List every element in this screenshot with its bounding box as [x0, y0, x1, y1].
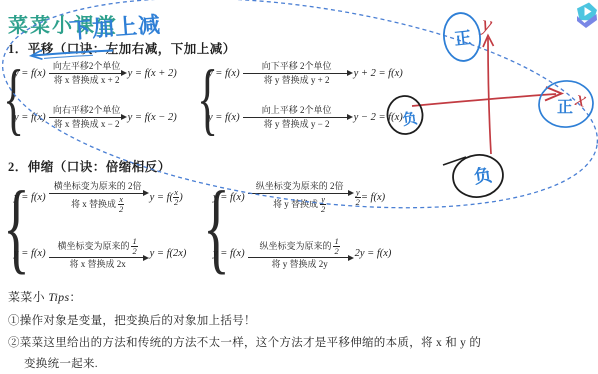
arrow-shaft [243, 73, 351, 74]
section2-heading: 2．伸缩（口诀：倍缩相反） [8, 157, 171, 175]
arrow-bottom-label: 将 x 替换成 x + 2 [54, 75, 120, 86]
arrow-top-label: 纵坐标变为原来的 2倍 [256, 181, 344, 192]
fraction-denominator: 2 [131, 246, 137, 256]
lhs-expression: y = f(x) [14, 68, 46, 79]
fraction-numerator: x [118, 195, 124, 204]
logo-chevron-shape [577, 14, 597, 28]
red-y-axis [488, 38, 491, 154]
tips-heading-word: Tips [48, 290, 69, 304]
tips-heading-pre: 菜菜小 [8, 290, 48, 304]
logo-card-shape [577, 3, 597, 21]
lhs-expression: y = f(x) [213, 192, 245, 203]
arrow-top-label: 向右平移2个单位 [53, 105, 121, 116]
transform-arrow: 纵坐标变为原来的 1 2 将 y 替换成 2y [248, 237, 352, 270]
fraction-numerator: y [320, 195, 326, 204]
formula-row-s2-left-1: y = f(x) 横坐标变为原来的 2倍 将 x 替换成 x 2 y = f( … [14, 181, 183, 214]
arrow-shaft [49, 73, 125, 74]
rhs-expression: 2y = f(x) [355, 248, 392, 259]
rhs-post: = f(x) [361, 192, 385, 203]
arrow-bottom-label: 将 y 替换成 y − 2 [264, 119, 330, 130]
fraction: 1 2 [333, 237, 339, 256]
axis-y-label: y [478, 10, 494, 37]
fraction: x 2 [118, 195, 124, 214]
label-text: 将 y 替换成 [273, 199, 318, 210]
arrow-shaft [49, 257, 147, 258]
arrow-bottom-label: 将 y 替换成 2y [271, 259, 327, 270]
negative-bottom-label: 负 [473, 164, 494, 187]
lhs-expression: y = f(x) [208, 68, 240, 79]
label-text: 将 x 替换成 [71, 199, 116, 210]
formula-row-s1-left-1: y = f(x) 向左平移2个单位 将 x 替换成 x + 2 y = f(x … [14, 61, 177, 86]
fraction: 1 2 [131, 237, 137, 256]
transform-arrow: 纵坐标变为原来的 2倍 将 y 替换成 y 2 [248, 181, 352, 214]
tips-line-3: 变换统一起来. [24, 355, 98, 371]
formula-row-s2-right-1: y = f(x) 纵坐标变为原来的 2倍 将 y 替换成 y 2 y 2 = f… [213, 181, 385, 214]
red-x-axis [412, 94, 556, 106]
rhs-expression: y 2 = f(x) [355, 188, 386, 207]
positive-top-label: 正 [453, 28, 472, 49]
formula-row-s1-right-2: y = f(x) 向上平移 2个单位 将 y 替换成 y − 2 y − 2 =… [208, 105, 403, 130]
arrow-top-label: 向上平移 2个单位 [262, 105, 332, 116]
label-text: 纵坐标变为原来的 [259, 241, 331, 252]
formula-row-s1-left-2: y = f(x) 向右平移2个单位 将 x 替换成 x − 2 y = f(x … [14, 105, 177, 130]
rhs-expression: y − 2 = f(x) [354, 112, 403, 123]
positive-right-label: 正 [557, 98, 573, 116]
arrow-bottom-label: 将 x 替换成 2x [69, 259, 125, 270]
rhs-expression: y = f(2x) [150, 248, 187, 259]
arrow-shaft [248, 193, 352, 194]
fraction-denominator: 2 [320, 204, 326, 214]
arrow-top-label: 横坐标变为原来的 1 2 [57, 237, 137, 256]
tips-line-1: ①操作对象是变量，把变换后的对象加上括号！ [8, 312, 256, 328]
lecture-slide: { "page": { "title": "菜菜小课堂" }, "hand": … [0, 0, 598, 374]
arrow-top-label: 向左平移2个单位 [53, 61, 121, 72]
formula-row-s2-right-2: y = f(x) 纵坐标变为原来的 1 2 将 y 替换成 2y 2y = f(… [213, 237, 391, 270]
lhs-expression: y = f(x) [14, 248, 46, 259]
transform-arrow: 横坐标变为原来的 1 2 将 x 替换成 2x [49, 237, 147, 270]
lhs-expression: y = f(x) [208, 112, 240, 123]
arrow-bottom-label: 将 x 替换成 x − 2 [54, 119, 120, 130]
rhs-expression: y = f( x 2 ) [150, 188, 183, 207]
arrow-top-label: 横坐标变为原来的 2倍 [54, 181, 142, 192]
rhs-post: ) [179, 192, 183, 203]
negative-bottom-circle-tail [443, 157, 466, 165]
negative-bottom-circle [450, 152, 505, 201]
fraction: y 2 [320, 195, 326, 214]
fraction-numerator: 1 [333, 237, 339, 246]
arrow-bottom-label: 将 x 替换成 x 2 [71, 195, 124, 214]
fraction-numerator: y [355, 188, 361, 197]
lhs-expression: y = f(x) [213, 248, 245, 259]
formula-row-s2-left-2: y = f(x) 横坐标变为原来的 1 2 将 x 替换成 2x y = f(2… [14, 237, 186, 270]
formula-row-s1-right-1: y = f(x) 向下平移 2个单位 将 y 替换成 y + 2 y + 2 =… [208, 61, 403, 86]
transform-arrow: 向左平移2个单位 将 x 替换成 x + 2 [49, 61, 125, 86]
red-y-axis-arrowhead-icon [483, 36, 494, 48]
arrow-top-label: 向下平移 2个单位 [262, 61, 332, 72]
arrow-shaft [243, 117, 351, 118]
lhs-expression: y = f(x) [14, 112, 46, 123]
transform-arrow: 向上平移 2个单位 将 y 替换成 y − 2 [243, 105, 351, 130]
arrow-bottom-label: 将 y 替换成 y + 2 [264, 75, 330, 86]
tips-heading-colon: ： [69, 290, 81, 304]
lhs-expression: y = f(x) [14, 192, 46, 203]
transform-arrow: 向右平移2个单位 将 x 替换成 x − 2 [49, 105, 125, 130]
positive-right-circle [537, 79, 595, 130]
fraction-denominator: 2 [118, 204, 124, 214]
transform-arrow: 横坐标变为原来的 2倍 将 x 替换成 x 2 [49, 181, 147, 214]
rhs-expression: y + 2 = f(x) [354, 68, 403, 79]
rhs-pre: y = f( [150, 192, 173, 203]
tips-line-2: ②菜菜这里给出的方法和传统的方法不太一样，这个方法才是平移伸缩的本质，将 x 和… [8, 334, 481, 350]
arrow-top-label: 纵坐标变为原来的 1 2 [259, 237, 339, 256]
rhs-expression: y = f(x − 2) [128, 112, 177, 123]
arrow-shaft [49, 193, 147, 194]
handwritten-title-note: 下加上减 [68, 8, 162, 45]
red-x-axis-arrowhead-icon [545, 87, 562, 101]
label-text: 横坐标变为原来的 [57, 241, 129, 252]
logo-play-icon [585, 7, 592, 16]
fraction-numerator: 1 [131, 237, 137, 246]
fraction-denominator: 2 [333, 246, 339, 256]
tips-heading: 菜菜小 Tips： [8, 288, 82, 305]
negative-left-label: 负 [401, 109, 418, 129]
brand-logo [577, 3, 597, 29]
arrow-shaft [248, 257, 352, 258]
transform-arrow: 向下平移 2个单位 将 y 替换成 y + 2 [243, 61, 351, 86]
arrow-bottom-label: 将 y 替换成 y 2 [273, 195, 326, 214]
positive-top-circle [441, 11, 483, 63]
arrow-shaft [49, 117, 125, 118]
rhs-expression: y = f(x + 2) [128, 68, 177, 79]
axis-x-label: x [573, 85, 589, 112]
